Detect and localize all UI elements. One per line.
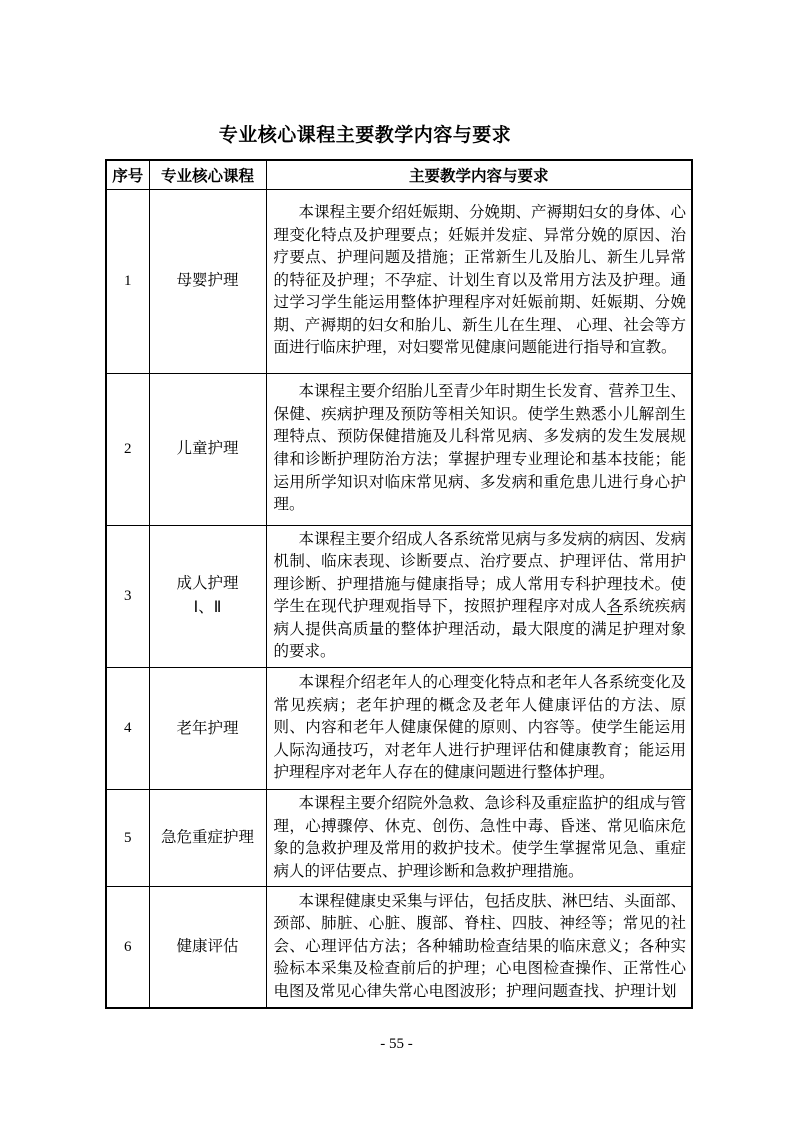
row-number-cell: 2: [106, 373, 149, 525]
row-number-cell: 1: [106, 189, 149, 373]
course-content-cell: 本课程主要介绍成人各系统常见病与多发病的病因、发病机制、临床表现、诊断要点、治疗…: [266, 525, 692, 668]
course-content-text: 本课程主要介绍妊娠期、分娩期、产褥期妇女的身体、心理变化特点及护理要点；妊娠并发…: [274, 202, 687, 360]
course-content-text: 本课程主要介绍成人各系统常见病与多发病的病因、发病机制、临床表现、诊断要点、治疗…: [274, 529, 687, 665]
table-row: 5 急危重症护理 本课程主要介绍院外急救、急诊科及重症监护的组成与管理，心搏骤停…: [106, 790, 692, 887]
course-name-cell: 健康评估: [149, 887, 266, 1008]
page-title: 专业核心课程主要教学内容与要求: [0, 120, 730, 147]
row-number-cell: 3: [106, 525, 149, 668]
row-number-cell: 4: [106, 668, 149, 790]
course-content-cell: 本课程健康史采集与评估，包括皮肤、淋巴结、头面部、颈部、肺脏、心脏、腹部、脊柱、…: [266, 887, 692, 1008]
table-row: 6 健康评估 本课程健康史采集与评估，包括皮肤、淋巴结、头面部、颈部、肺脏、心脏…: [106, 887, 692, 1008]
course-name-cell: 母婴护理: [149, 189, 266, 373]
table-row: 3 成人护理 Ⅰ、Ⅱ 本课程主要介绍成人各系统常见病与多发病的病因、发病机制、临…: [106, 525, 692, 668]
page-number: - 55 -: [0, 1036, 793, 1053]
table-header-row: 序号 专业核心课程 主要教学内容与要求: [106, 160, 692, 189]
document-page: 专业核心课程主要教学内容与要求 序号 专业核心课程 主要教学内容与要求 1 母婴…: [0, 0, 793, 1122]
course-content-text: 本课程健康史采集与评估，包括皮肤、淋巴结、头面部、颈部、肺脏、心脏、腹部、脊柱、…: [274, 891, 687, 1004]
course-name-cell: 老年护理: [149, 668, 266, 790]
col-header-number: 序号: [106, 160, 149, 189]
course-content-text: 本课程介绍老年人的心理变化特点和老年人各系统变化及常见疾病；老年护理的概念及老年…: [274, 672, 687, 785]
col-header-course: 专业核心课程: [149, 160, 266, 189]
course-name-cell: 成人护理 Ⅰ、Ⅱ: [149, 525, 266, 668]
course-content-cell: 本课程主要介绍院外急救、急诊科及重症监护的组成与管理，心搏骤停、休克、创伤、急性…: [266, 790, 692, 887]
col-header-content: 主要教学内容与要求: [266, 160, 692, 189]
underlined-char: 各: [607, 598, 623, 615]
core-course-table: 序号 专业核心课程 主要教学内容与要求 1 母婴护理 本课程主要介绍妊娠期、分娩…: [105, 159, 693, 1009]
row-number-cell: 6: [106, 887, 149, 1008]
course-name-cell: 儿童护理: [149, 373, 266, 525]
table-row: 1 母婴护理 本课程主要介绍妊娠期、分娩期、产褥期妇女的身体、心理变化特点及护理…: [106, 189, 692, 373]
course-content-text: 本课程主要介绍胎儿至青少年时期生长发育、营养卫生、保健、疾病护理及预防等相关知识…: [274, 381, 687, 517]
course-name-cell: 急危重症护理: [149, 790, 266, 887]
table-row: 2 儿童护理 本课程主要介绍胎儿至青少年时期生长发育、营养卫生、保健、疾病护理及…: [106, 373, 692, 525]
course-content-cell: 本课程主要介绍胎儿至青少年时期生长发育、营养卫生、保健、疾病护理及预防等相关知识…: [266, 373, 692, 525]
course-content-text: 本课程主要介绍院外急救、急诊科及重症监护的组成与管理，心搏骤停、休克、创伤、急性…: [274, 793, 687, 883]
course-content-cell: 本课程介绍老年人的心理变化特点和老年人各系统变化及常见疾病；老年护理的概念及老年…: [266, 668, 692, 790]
course-content-cell: 本课程主要介绍妊娠期、分娩期、产褥期妇女的身体、心理变化特点及护理要点；妊娠并发…: [266, 189, 692, 373]
row-number-cell: 5: [106, 790, 149, 887]
table-row: 4 老年护理 本课程介绍老年人的心理变化特点和老年人各系统变化及常见疾病；老年护…: [106, 668, 692, 790]
